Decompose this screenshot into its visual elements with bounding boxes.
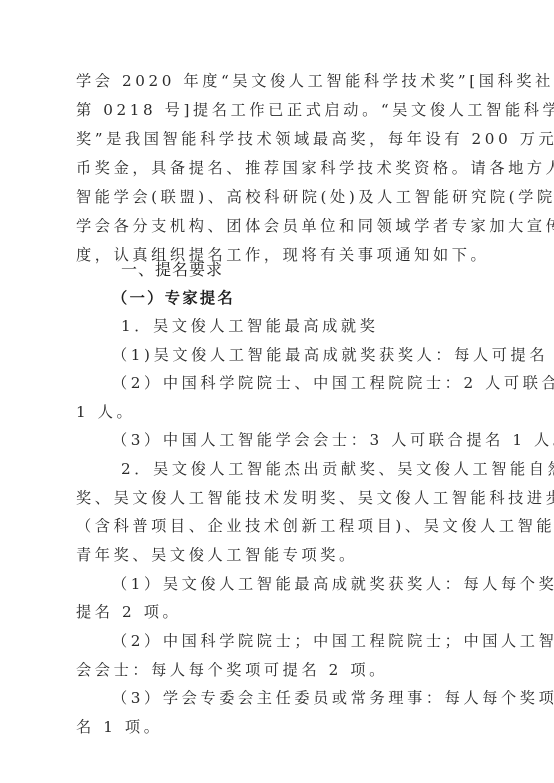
item-line: （3）学会专委会主任委员或常务理事：每人每个奖项可提: [112, 686, 482, 710]
item-line: （含科普项目、企业技术创新工程项目)、吴文俊人工智能优秀: [76, 514, 482, 538]
paragraph-line: 学会各分支机构、团体会员单位和同领域学者专家加大宣传力: [76, 214, 482, 238]
paragraph-line: 奖”是我国智能科学技术领域最高奖，每年设有 200 万元人民: [76, 127, 482, 151]
item-line: 1 人。: [76, 400, 482, 424]
paragraph-line: 智能学会(联盟)、高校科研院(处)及人工智能研究院(学院)；: [76, 185, 482, 209]
paragraph-line: 第 0218 号]提名工作已正式启动。“吴文俊人工智能科学技术: [76, 98, 482, 122]
document-page: 学会 2020 年度“吴文俊人工智能科学技术奖”[国科奖社证字 第 0218 号…: [0, 0, 554, 783]
item-line: 青年奖、吴文俊人工智能专项奖。: [76, 543, 482, 567]
paragraph-line: 币奖金，具备提名、推荐国家科学技术奖资格。请各地方人工: [76, 156, 482, 180]
item-line: （2）中国科学院院士、中国工程院院士：2 人可联合提名: [112, 371, 482, 395]
item-title: 2．吴文俊人工智能杰出贡献奖、吴文俊人工智能自然科学: [121, 457, 482, 481]
item-line: 奖、吴文俊人工智能技术发明奖、吴文俊人工智能科技进步奖: [76, 486, 482, 510]
section-heading: 一、提名要求: [121, 258, 482, 282]
paragraph-line: 学会 2020 年度“吴文俊人工智能科学技术奖”[国科奖社证字: [76, 69, 482, 93]
item-line: （3）中国人工智能学会会士：3 人可联合提名 1 人。: [112, 428, 473, 452]
item-line: 提名 2 项。: [76, 600, 482, 624]
item-line: （2）中国科学院院士；中国工程院院士；中国人工智能学: [112, 629, 482, 653]
item-line: （1）吴文俊人工智能最高成就奖获奖人：每人每个奖项可: [112, 572, 482, 596]
item-title: 1．吴文俊人工智能最高成就奖: [121, 314, 482, 338]
item-line: 名 1 项。: [76, 715, 482, 739]
subsection-heading: （一）专家提名: [112, 286, 473, 310]
item-line: 会会士：每人每个奖项可提名 2 项。: [76, 658, 482, 682]
item-line: （1)吴文俊人工智能最高成就奖获奖人：每人可提名 1 人。: [112, 343, 482, 367]
